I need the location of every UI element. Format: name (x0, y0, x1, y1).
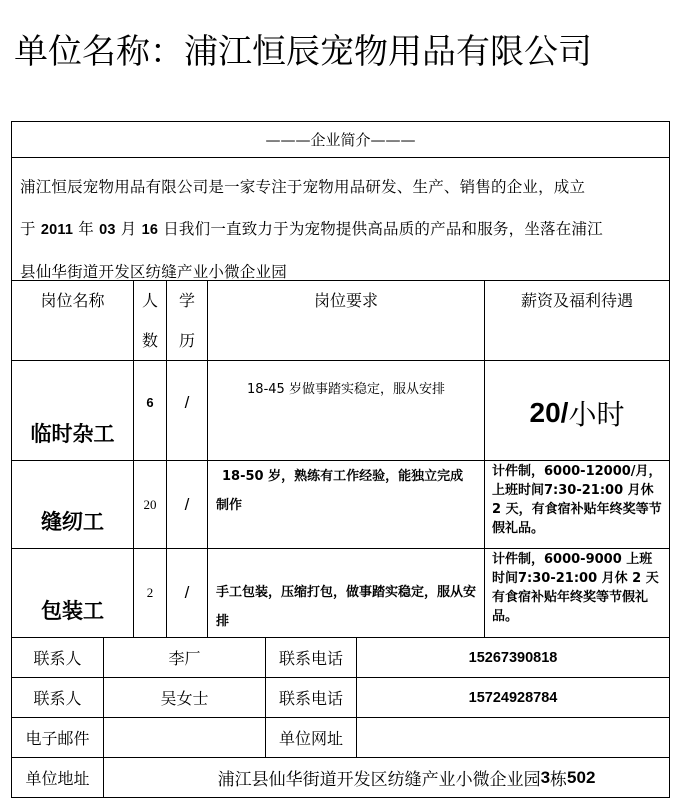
phone-label-text: 联系电话 (279, 646, 343, 669)
phone-label: 联系电话 (265, 637, 357, 678)
contact-phone-text: 15267390818 (469, 650, 558, 666)
contact-name-text: 李厂 (168, 646, 200, 669)
job-requirements: 18-50 岁，熟练有工作经验，能独立完成制作 (207, 460, 485, 549)
contact-phone: 15724928784 (356, 677, 670, 718)
contact-label: 联系人 (11, 677, 104, 718)
job-name-text: 临时杂工 (31, 418, 115, 448)
salary-amount: 20/ (530, 397, 569, 429)
job-headcount-text: 20 (144, 497, 157, 513)
address-value: 浦江县仙华街道开发区纺缝产业小微企业园 3 栋 502 (103, 757, 670, 798)
job-salary: 20/小时 (484, 360, 670, 461)
address-text: 栋 (550, 765, 567, 790)
contact-label: 联系人 (11, 637, 104, 678)
job-education-text: / (185, 583, 190, 603)
intro-text: 年 (73, 220, 99, 238)
email-value (103, 717, 266, 758)
job-salary-text: 计件制，6000-12000/月，上班时间7:30-21:00 月休 2 天，有… (492, 464, 662, 536)
intro-line-1: 浦江恒辰宠物用品有限公司是一家专注于宠物用品研发、生产、销售的企业，成立 (20, 166, 661, 208)
contact-name: 李厂 (103, 637, 266, 678)
founded-year: 2011 (41, 222, 73, 238)
job-salary: 计件制，6000-9000 上班时间7:30-21:00 月休 2 天有食宿补贴… (484, 548, 670, 638)
job-name: 缝纫工 (11, 460, 134, 549)
website-label: 单位网址 (265, 717, 357, 758)
contact-name: 吴女士 (103, 677, 266, 718)
contact-label-text: 联系人 (33, 686, 81, 709)
job-name: 包装工 (11, 548, 134, 638)
address-label: 单位地址 (11, 757, 104, 798)
intro-body: 浦江恒辰宠物用品有限公司是一家专注于宠物用品研发、生产、销售的企业，成立 于 2… (11, 157, 670, 281)
intro-text: 于 (20, 220, 41, 238)
founded-day: 16 (142, 222, 159, 238)
job-name-text: 缝纫工 (41, 506, 104, 536)
contact-phone: 15267390818 (356, 637, 670, 678)
website-label-text: 单位网址 (279, 726, 343, 749)
job-education-text: / (185, 495, 190, 515)
header-requirements: 岗位要求 (207, 280, 485, 361)
job-salary: 计件制，6000-12000/月，上班时间7:30-21:00 月休 2 天，有… (484, 460, 670, 549)
email-label-text: 电子邮件 (25, 726, 89, 749)
header-position-text: 岗位名称 (40, 291, 104, 310)
intro-text: 月 (116, 220, 142, 238)
job-requirements-text: 18-45 岁做事踏实稳定，服从安排 (247, 382, 445, 397)
email-label: 电子邮件 (11, 717, 104, 758)
job-headcount-text: 6 (146, 395, 153, 410)
header-salary: 薪资及福利待遇 (484, 280, 670, 361)
job-salary-text: 计件制，6000-9000 上班时间7:30-21:00 月休 2 天有食宿补贴… (492, 552, 659, 624)
phone-label-text: 联系电话 (279, 686, 343, 709)
header-requirements-text: 岗位要求 (314, 291, 378, 310)
header-position: 岗位名称 (11, 280, 134, 361)
company-title: 单位名称：浦江恒辰宠物用品有限公司 (14, 28, 592, 76)
address-text: 浦江县仙华街道开发区纺缝产业小微企业园 (218, 765, 541, 790)
founded-month: 03 (99, 222, 116, 238)
job-headcount: 2 (133, 548, 167, 638)
address-building: 3 (541, 768, 550, 788)
header-headcount: 人 数 (133, 280, 167, 361)
contact-label-text: 联系人 (33, 646, 81, 669)
job-headcount: 6 (133, 360, 167, 461)
job-name-text: 包装工 (41, 595, 104, 625)
header-salary-text: 薪资及福利待遇 (521, 291, 633, 310)
phone-label: 联系电话 (265, 677, 357, 718)
contact-phone-text: 15724928784 (469, 690, 558, 706)
intro-line-3: 县仙华街道开发区纺缝产业小微企业园 (20, 251, 661, 281)
job-education-text: / (185, 393, 190, 413)
intro-heading: ———企业简介——— (11, 121, 670, 158)
job-name: 临时杂工 (11, 360, 134, 461)
job-requirements-text: 手工包装，压缩打包，做事踏实稳定，服从安排 (216, 585, 476, 629)
job-education: / (166, 548, 208, 638)
job-requirements: 18-45 岁做事踏实稳定，服从安排 (207, 360, 485, 461)
header-education-1: 学 (167, 281, 207, 321)
header-education: 学 历 (166, 280, 208, 361)
header-headcount-2: 数 (134, 321, 166, 361)
job-education: / (166, 460, 208, 549)
header-headcount-1: 人 (134, 281, 166, 321)
job-headcount-text: 2 (147, 585, 154, 601)
intro-text: 日我们一直致力于为宠物提供高品质的产品和服务，坐落在浦江 (158, 220, 603, 238)
job-education: / (166, 360, 208, 461)
salary-unit: 小时 (568, 393, 624, 433)
website-value (356, 717, 670, 758)
header-education-2: 历 (167, 321, 207, 361)
intro-heading-text: ———企业简介——— (265, 129, 415, 150)
job-requirements: 手工包装，压缩打包，做事踏实稳定，服从安排 (207, 548, 485, 638)
address-label-text: 单位地址 (25, 766, 89, 789)
address-room: 502 (567, 768, 595, 788)
job-headcount: 20 (133, 460, 167, 549)
job-requirements-text: 18-50 岁，熟练有工作经验，能独立完成制作 (216, 469, 463, 513)
contact-name-text: 吴女士 (160, 686, 208, 709)
intro-line-2: 于 2011 年 03 月 16 日我们一直致力于为宠物提供高品质的产品和服务，… (20, 208, 661, 251)
